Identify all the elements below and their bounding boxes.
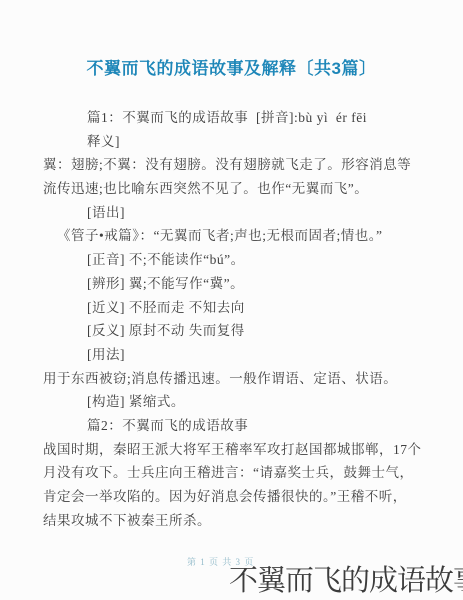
text-line: [语出] [43, 201, 449, 225]
text-line: 流传迅速;也比喻东西突然不见了。也作“无翼而飞”。 [43, 177, 449, 201]
text-line: 结果攻城不下被秦王所杀。 [43, 509, 449, 533]
page-title: 不翼而飞的成语故事及解释〔共3篇〕 [0, 54, 463, 79]
text-line: 篇1：不翼而飞的成语故事 [拼音]:bù yì ér fēi [43, 106, 449, 130]
text-line: 翼：翅膀;不翼：没有翅膀。没有翅膀就飞走了。形容消息等 [43, 153, 449, 177]
text-line: [近义] 不胫而走 不知去向 [43, 296, 449, 320]
text-line: 篇2：不翼而飞的成语故事 [43, 414, 449, 438]
text-line: 释义] [43, 130, 449, 154]
text-line: 《管子•戒篇》：“无翼而飞者;声也;无根而固者;情也。” [43, 224, 449, 248]
text-line: [构造] 紧缩式。 [43, 390, 449, 414]
text-line: 月没有攻下。士兵庄向王稽进言：“请嘉奖士兵，鼓舞士气， [43, 461, 449, 485]
text-line: 肯定会一举攻陷的。因为好消息会传播很快的。”王稽不听， [43, 485, 449, 509]
text-line: 用于东西被窃;消息传播迅速。一般作谓语、定语、状语。 [43, 367, 449, 391]
body-lines: 篇1：不翼而飞的成语故事 [拼音]:bù yì ér fēi释义]翼：翅膀;不翼… [43, 106, 449, 532]
text-line: [正音] 不;不能读作“bú”。 [43, 248, 449, 272]
text-line: [用法] [43, 343, 449, 367]
text-line: [反义] 原封不动 失而复得 [43, 319, 449, 343]
text-line: [辨形] 翼;不能写作“冀”。 [43, 272, 449, 296]
document-page: 不翼而飞的成语故事及解释〔共3篇〕 篇1：不翼而飞的成语故事 [拼音]:bù y… [0, 0, 463, 600]
watermark-text: 不翼而飞的成语故事 [229, 558, 463, 599]
text-line: 战国时期，秦昭王派大将军王稽率军攻打赵国都城邯郸，17个 [43, 438, 449, 462]
